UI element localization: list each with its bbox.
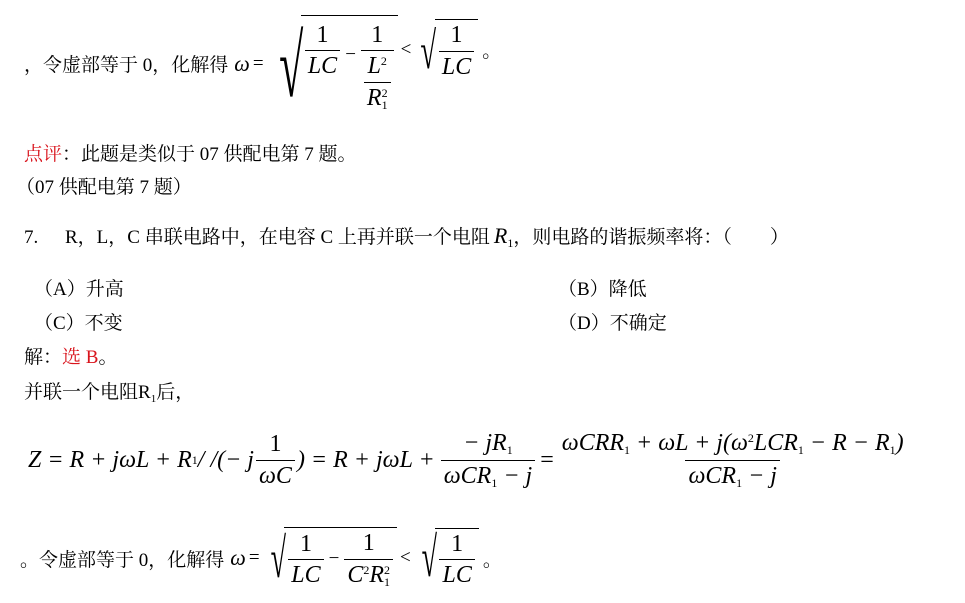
option-c[interactable]: （C）不变 (34, 308, 123, 335)
sqrt-sign-icon: √ (421, 19, 437, 80)
sqrt-expression: √ 1 LC − 1 L2 R21 (267, 15, 398, 112)
question-number: 7. (24, 227, 38, 248)
option-d[interactable]: （D）不确定 (558, 308, 667, 335)
formula-line-final: 。令虚部等于 0，化解得 ω = √ 1LC − 1 C2R21 < √ 1LC… (20, 522, 502, 594)
sqrt-sign-icon: √ (270, 527, 285, 589)
sqrt-sign-icon: √ (279, 15, 303, 112)
formula-prefix: ，令虚部等于 0，化解得 (24, 50, 228, 77)
equals-sign: = (253, 53, 264, 75)
comment-text: ：此题是类似于 07 供配电第 7 题。 (62, 144, 357, 165)
impedance-equation: Z = R + jωL + R1 / /(− j 1ωC ) = R + jωL… (28, 420, 909, 500)
answer-line: 解：选 B。 (24, 342, 117, 369)
parallel-note: 并联一个电阻R1后， (24, 377, 194, 405)
sqrt-expression-4: √ 1LC (414, 528, 479, 589)
answer-choice: 选 B (62, 347, 98, 368)
formula-line-1: ，令虚部等于 0，化解得 ω = √ 1 LC − 1 L2 R21 < √ (24, 6, 501, 121)
r1-symbol: R1 (494, 223, 513, 248)
question-7: 7. R，L，C 串联电路中，在电容 C 上再并联一个电阻R1，则电路的谐振频率… (24, 222, 789, 251)
fraction-1-over-l2-r1-2: 1 L2 R21 (361, 22, 394, 112)
source-note: （07 供配电第 7 题） (16, 172, 192, 199)
question-text: R，L，C 串联电路中，在电容 C 上再并联一个电阻 (65, 227, 490, 248)
sqrt-expression-3: √ 1LC − 1 C2R21 (263, 527, 398, 589)
option-b[interactable]: （B）降低 (558, 274, 647, 301)
omega-symbol: ω (234, 51, 250, 77)
sqrt-sign-icon: √ (421, 528, 436, 589)
less-than-sign: < (401, 39, 412, 61)
sqrt-expression-2: √ 1 LC (414, 19, 478, 80)
option-a[interactable]: （A）升高 (34, 274, 124, 301)
comment-line: 点评：此题是类似于 07 供配电第 7 题。 (24, 139, 357, 166)
fraction-1-over-lc: 1 LC (305, 22, 340, 80)
comment-label: 点评 (24, 144, 62, 165)
